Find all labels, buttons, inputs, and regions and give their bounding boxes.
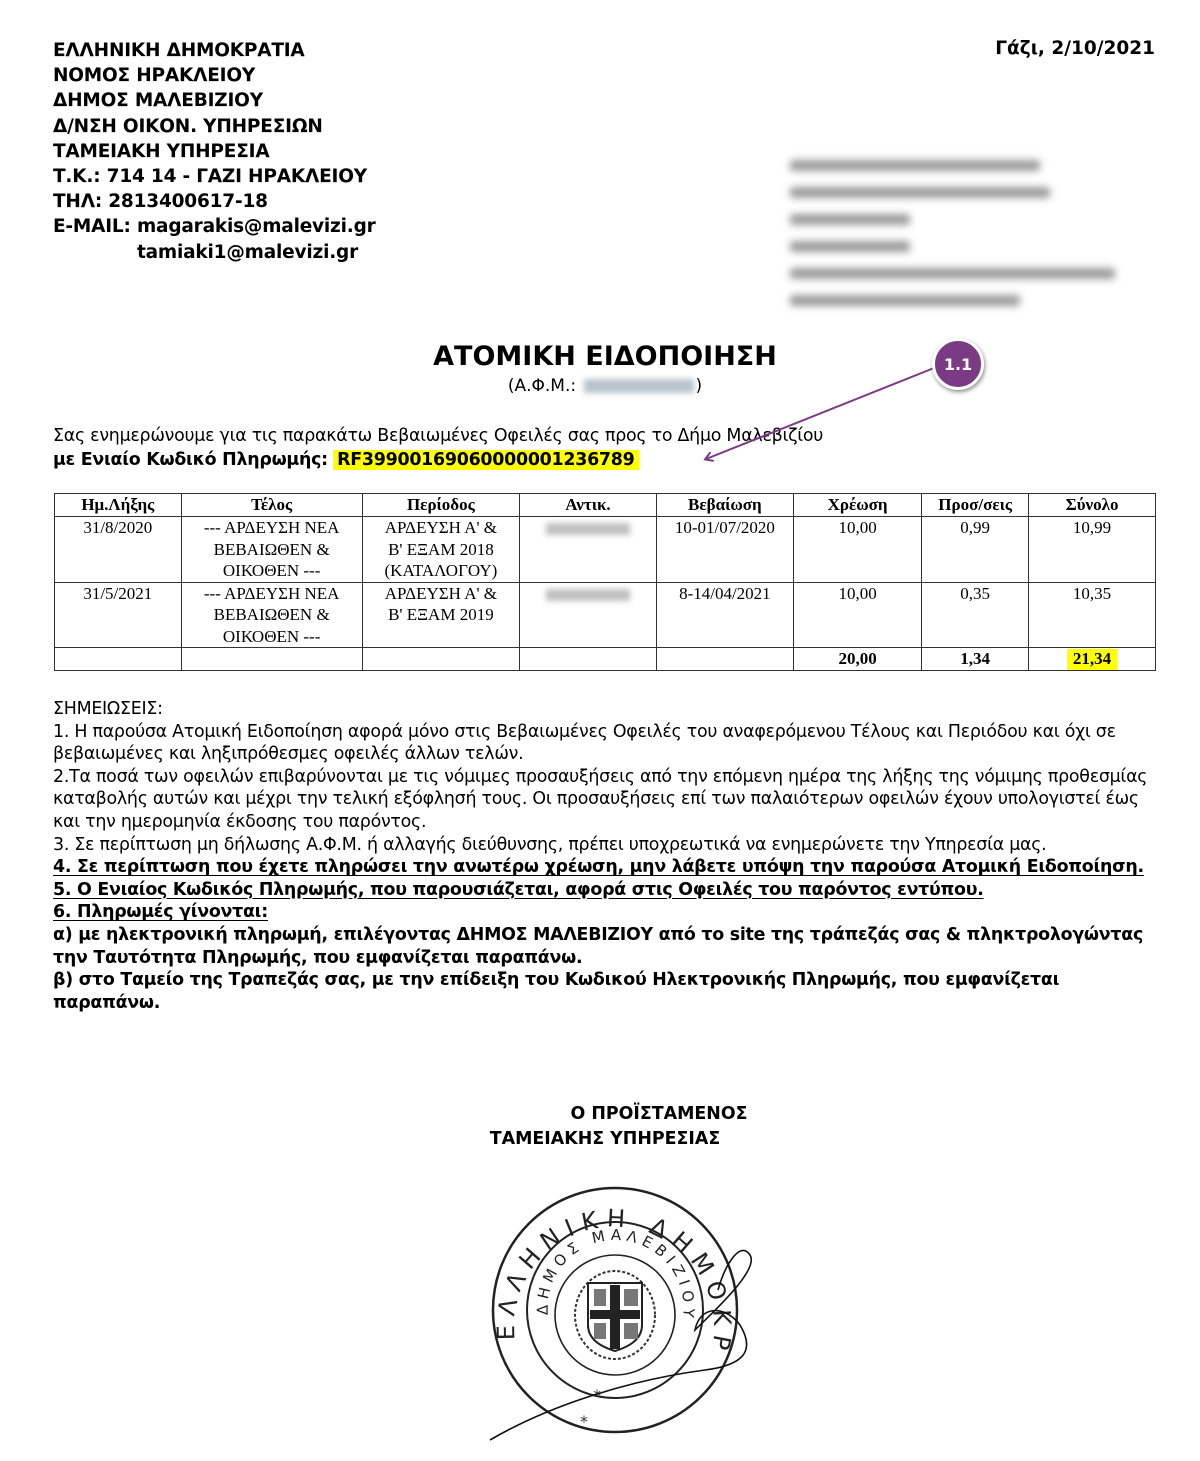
total-charge: 20,00	[793, 648, 921, 671]
grand-total-cell: 21,34	[1029, 648, 1156, 671]
issuer-phone: ΤΗΛ: 2813400617-18	[53, 189, 376, 214]
issuer-line: ΝΟΜΟΣ ΗΡΑΚΛΕΙΟΥ	[53, 63, 376, 88]
intro-text: Σας ενημερώνουμε για τις παρακάτω Βεβαιω…	[53, 424, 823, 448]
cell-certification: 10-01/07/2020	[656, 517, 793, 583]
redacted-line	[790, 268, 1115, 279]
issuer-line: ΤΑΜΕΙΑΚΗ ΥΠΗΡΕΣΙΑ	[53, 139, 376, 164]
redacted-value	[546, 589, 630, 601]
tax-id-redacted	[584, 379, 694, 393]
svg-text:*: *	[580, 1412, 588, 1431]
issuer-line: ΕΛΛΗΝΙΚΗ ΔΗΜΟΚΡΑΤΙΑ	[53, 38, 376, 63]
empty-cell	[55, 648, 182, 671]
col-surcharge: Προσ/σεις	[922, 494, 1029, 517]
note-2: 2.Τα ποσά των οφειλών επιβαρύνονται με τ…	[53, 766, 1158, 834]
redacted-line	[790, 160, 1040, 171]
totals-row: 20,00 1,34 21,34	[55, 648, 1156, 671]
cell-period: ΑΡΔΕΥΣΗ Α' & Β' ΕΞΑΜ 2018 (ΚΑΤΑΛΟΓΟΥ)	[362, 517, 519, 583]
cell-period: ΑΡΔΕΥΣΗ Α' & Β' ΕΞΑΜ 2019	[362, 582, 519, 648]
col-total: Σύνολο	[1029, 494, 1156, 517]
cell-surcharge: 0,99	[922, 517, 1029, 583]
note-4: 4. Σε περίπτωση που έχετε πληρώσει την α…	[53, 856, 1158, 879]
empty-cell	[181, 648, 362, 671]
empty-cell	[520, 648, 657, 671]
cell-certification: 8-14/04/2021	[656, 582, 793, 648]
payment-code: RF39900169060000001236789	[333, 450, 638, 470]
page-title: ΑΤΟΜΙΚΗ ΕΙΔΟΠΟΙΗΣΗ	[0, 341, 1200, 372]
total-surcharge: 1,34	[922, 648, 1029, 671]
recipient-address-redacted	[790, 160, 1140, 322]
tax-id-close: )	[696, 376, 703, 396]
document-date: Γάζι, 2/10/2021	[995, 38, 1155, 59]
intro-paragraph: Σας ενημερώνουμε για τις παρακάτω Βεβαιω…	[53, 424, 823, 472]
grand-total: 21,34	[1067, 649, 1117, 670]
tax-id-line: (Α.Φ.Μ.: )	[0, 376, 1200, 396]
issuer-email-secondary: tamiaki1@malevizi.gr	[53, 240, 376, 265]
empty-cell	[656, 648, 793, 671]
cell-total: 10,99	[1029, 517, 1156, 583]
issuer-address-block: ΕΛΛΗΝΙΚΗ ΔΗΜΟΚΡΑΤΙΑ ΝΟΜΟΣ ΗΡΑΚΛΕΙΟΥ ΔΗΜΟ…	[53, 38, 376, 265]
official-seal-icon: ΕΛΛΗΝΙΚΗ ΔΗΜΟΚΡΑΤΙΑ ΔΗΜΟΣ ΜΑΛΕΒΙΖΙΟΥ * *	[470, 1165, 760, 1455]
signatory-title: Ο ΠΡΟΪΣΤΑΜΕΝΟΣ	[0, 1102, 1200, 1127]
debts-table: Ημ.Λήξης Τέλος Περίοδος Αντικ. Βεβαίωση …	[54, 493, 1156, 671]
note-3: 3. Σε περίπτωση μη δήλωσης Α.Φ.Μ. ή αλλα…	[53, 834, 1158, 857]
callout-badge: 1.1	[932, 338, 984, 390]
cell-due-date: 31/8/2020	[55, 517, 182, 583]
redacted-line	[790, 187, 1050, 198]
col-object: Αντικ.	[520, 494, 657, 517]
table-row: 31/8/2020 --- ΑΡΔΕΥΣΗ ΝΕΑ ΒΕΒΑΙΩΘΕΝ & ΟΙ…	[55, 517, 1156, 583]
table-row: 31/5/2021 --- ΑΡΔΕΥΣΗ ΝΕΑ ΒΕΒΑΙΩΘΕΝ & ΟΙ…	[55, 582, 1156, 648]
notes-heading: ΣΗΜΕΙΩΣΕΙΣ:	[53, 698, 1158, 721]
redacted-line	[790, 295, 1020, 306]
issuer-email: E-MAIL: magarakis@malevizi.gr	[53, 214, 376, 239]
empty-cell	[362, 648, 519, 671]
col-charge: Χρέωση	[793, 494, 921, 517]
note-6: 6. Πληρωμές γίνονται:	[53, 901, 1158, 924]
cell-charge: 10,00	[793, 517, 921, 583]
col-due-date: Ημ.Λήξης	[55, 494, 182, 517]
tax-id-label: (Α.Φ.Μ.:	[508, 376, 576, 396]
cell-object	[520, 517, 657, 583]
issuer-postal: Τ.Κ.: 714 14 - ΓΑΖΙ ΗΡΑΚΛΕΙΟΥ	[53, 164, 376, 189]
redacted-line	[790, 241, 910, 252]
signatory-department: ΤΑΜΕΙΑΚΗΣ ΥΠΗΡΕΣΙΑΣ	[0, 1127, 1200, 1152]
note-6b: β) στο Ταμείο της Τραπεζάς σας, με την ε…	[53, 969, 1158, 1014]
issuer-line: Δ/ΝΣΗ ΟΙΚΟΝ. ΥΠΗΡΕΣΙΩΝ	[53, 114, 376, 139]
cell-object	[520, 582, 657, 648]
note-1: 1. Η παρούσα Ατομική Ειδοποίηση αφορά μό…	[53, 721, 1158, 766]
cell-surcharge: 0,35	[922, 582, 1029, 648]
note-5: 5. Ο Ενιαίος Κωδικός Πληρωμής, που παρου…	[53, 879, 1158, 902]
table-header-row: Ημ.Λήξης Τέλος Περίοδος Αντικ. Βεβαίωση …	[55, 494, 1156, 517]
cell-fee: --- ΑΡΔΕΥΣΗ ΝΕΑ ΒΕΒΑΙΩΘΕΝ & ΟΙΚΟΘΕΝ ---	[181, 582, 362, 648]
cell-due-date: 31/5/2021	[55, 582, 182, 648]
cell-charge: 10,00	[793, 582, 921, 648]
col-certification: Βεβαίωση	[656, 494, 793, 517]
col-period: Περίοδος	[362, 494, 519, 517]
notes-section: ΣΗΜΕΙΩΣΕΙΣ: 1. Η παρούσα Ατομική Ειδοποί…	[53, 698, 1158, 1014]
redacted-line	[790, 214, 910, 225]
payment-code-label: με Ενιαίο Κωδικό Πληρωμής:	[53, 450, 328, 470]
col-fee: Τέλος	[181, 494, 362, 517]
cell-total: 10,35	[1029, 582, 1156, 648]
issuer-line: ΔΗΜΟΣ ΜΑΛΕΒΙΖΙΟΥ	[53, 88, 376, 113]
note-6a: α) με ηλεκτρονική πληρωμή, επιλέγοντας Δ…	[53, 924, 1158, 969]
signatory-block: Ο ΠΡΟΪΣΤΑΜΕΝΟΣ ΤΑΜΕΙΑΚΗΣ ΥΠΗΡΕΣΙΑΣ	[0, 1102, 1200, 1152]
redacted-value	[546, 523, 630, 535]
cell-fee: --- ΑΡΔΕΥΣΗ ΝΕΑ ΒΕΒΑΙΩΘΕΝ & ΟΙΚΟΘΕΝ ---	[181, 517, 362, 583]
